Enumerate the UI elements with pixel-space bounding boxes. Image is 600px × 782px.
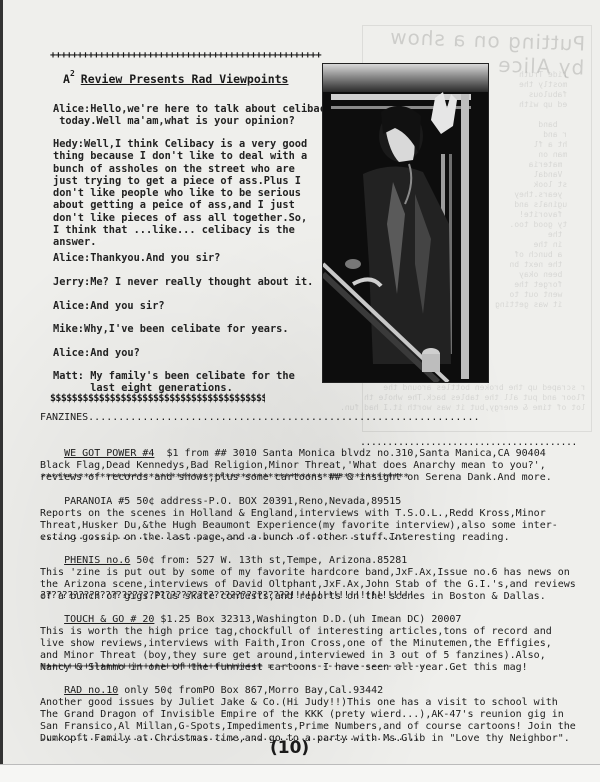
entry-separator: ****************************************… [40,472,560,483]
entry-separator: ????????????????????????????????????????… [40,590,560,601]
photo-illustration [323,64,488,382]
dialogue-line: Alice:Thankyou.And you sir? [53,252,220,264]
page-bottom-edge [0,764,600,782]
dialogue-line: Hedy:Well,I think Celibacy is a very goo… [53,138,307,249]
article-title: A2Review Presents Rad Viewpoints [63,71,288,86]
page-number: (10) [270,738,309,758]
fanzine-name: PARANOIA #5 [64,496,130,507]
fanzines-section-label: FANZINES................................… [40,412,480,423]
dollar-rule: $$$$$$$$$$$$$$$$$$$$$$$$$$$$$$$$$$$$$$$$… [50,393,265,404]
dialogue-line: Alice:And you sir? [53,300,165,312]
dialogue-line: Alice:Hello,we're here to talk about cel… [53,103,332,128]
fanzine-name: PHENIS no.6 [64,555,130,566]
photo [322,63,489,383]
bleed-through-text: ride Truth mostly the fabulous ed up wit… [495,70,567,310]
dialogue-line: Alice:And you? [53,347,140,359]
fanzine-name: WE GOT POWER #4 [64,448,154,459]
dialogue-line: Matt: My family's been celibate for the … [53,370,295,395]
fanzine-name: RAD no.10 [64,685,118,696]
top-plus-rule: ++++++++++++++++++++++++++++++++++++++++… [50,50,360,61]
page-edge-shadow [0,0,3,782]
zine-page: Putting on a show by Alice ride Truth mo… [0,0,600,782]
dialogue-line: Jerry:Me? I never really thought about i… [53,276,313,288]
dialogue-line: Mike:Why,I've been celibate for years. [53,323,289,335]
title-prefix: A [63,72,70,86]
fanzine-name: TOUCH & GO # 20 [64,614,154,625]
entry-separator: ........................................… [40,531,560,542]
title-superscript: 2 [70,69,75,78]
title-text: Review Presents Rad Viewpoints [81,72,289,86]
entry-separator: ++++++++++++++++++++++++++++++++++++++++… [40,661,560,672]
